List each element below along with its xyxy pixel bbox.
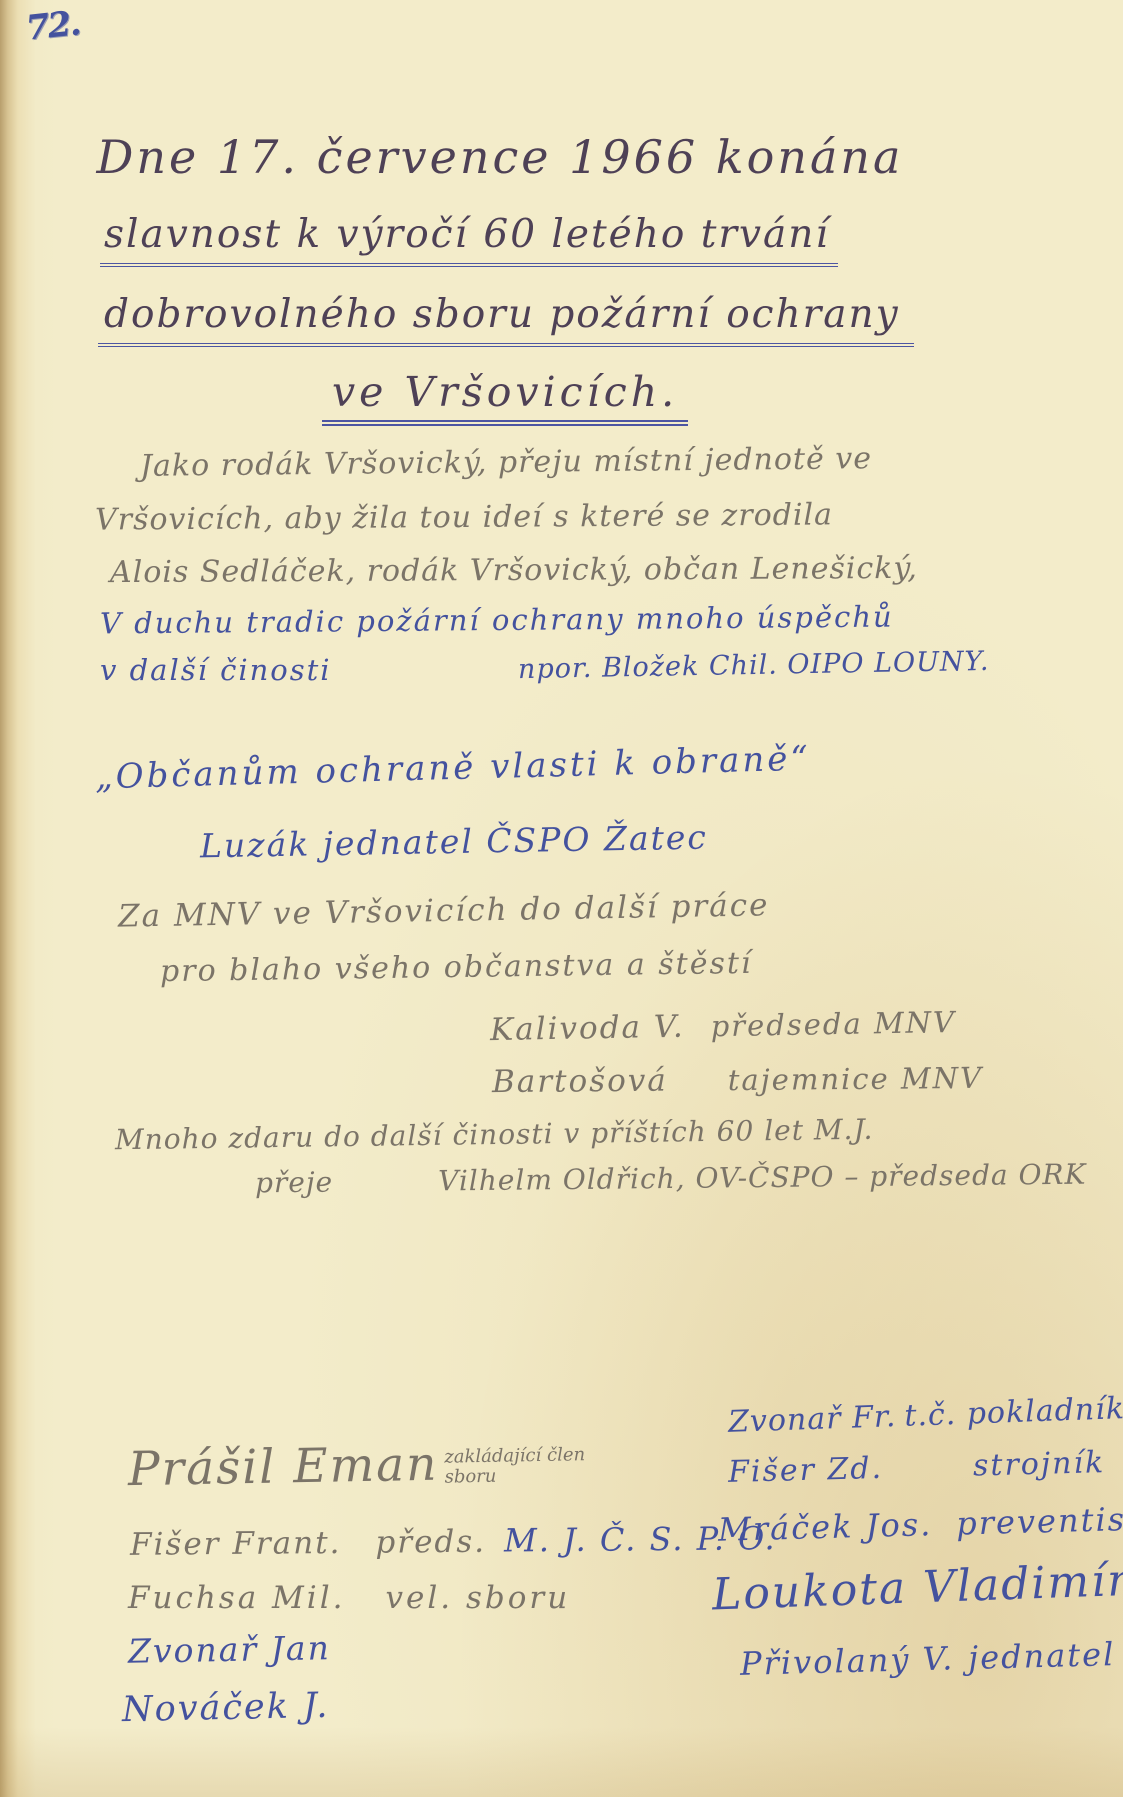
dedication-oipo-line-2: v další činosti [100, 653, 332, 687]
signature-zvonar-fr: Zvonař Fr.t.č. pokladník [728, 1391, 1123, 1440]
signature-role: předseda MNV [710, 1005, 956, 1043]
signature-fuchsa: Fuchsa Mil.vel. sboru [128, 1580, 570, 1616]
dedication-mnv-line-1: Za MNV ve Vršovicích do další práce [118, 887, 770, 934]
dedication-ork-line-2: přejeVilhelm Oldřich, OV-ČSPO – předseda… [255, 1158, 1087, 1200]
dedication-ork-line-1: Mnoho zdaru do další činosti v příštích … [115, 1113, 874, 1157]
signature-name: Nováček J. [122, 1686, 330, 1730]
dedication-oipo-line-1: V duchu tradic požární ochrany mnoho úsp… [100, 600, 894, 641]
dedication-zatec-signature: Luzák jednatel ČSPO Žatec [200, 818, 708, 866]
signature-role: zakládající člen sboru [444, 1445, 605, 1488]
signature-bartosova: Bartošovátajemnice MNV [492, 1060, 983, 1100]
dedication-mnv-line-2: pro blaho všeho občanstva a štěstí [160, 946, 753, 989]
page-number: 72. [24, 3, 81, 48]
signature-role: vel. sboru [385, 1580, 570, 1616]
signature-mracek: Mráček Jos.preventista [718, 1499, 1123, 1549]
signature-vilhelm: Vilhelm Oldřich, OV-ČSPO – předseda ORK [438, 1158, 1087, 1198]
signature-name: Loukota Vladimír. [711, 1555, 1123, 1621]
dedication-sedlacek-line-1: Jako rodák Vršovický, přeju místní jedno… [140, 441, 872, 484]
signature-name: Zvonař Jan [128, 1628, 331, 1671]
signature-prasil: Prášil Emanzakládající člen sboru [128, 1434, 605, 1497]
signature-loukota: Loukota Vladimír. [711, 1555, 1123, 1621]
dedication-zatec-quote: „Občanům ochraně vlasti k obraně“ [95, 739, 812, 798]
signature-name: Fišer Zd. [728, 1451, 884, 1490]
signature-name: Bartošová [492, 1063, 668, 1101]
signature-role: preventista [956, 1499, 1123, 1542]
title-line-3: dobrovolného sboru požární ochrany [98, 292, 914, 347]
signature-role: t.č. pokladník [904, 1391, 1123, 1434]
dedication-sedlacek-line-2: Vršovicích, aby žila tou ideí s které se… [95, 497, 833, 537]
signature-kalivoda: Kalivoda V.předseda MNV [490, 1004, 956, 1048]
signature-fiser-frant: Fišer Frant.předs.M. J. Č. S. P. O. [130, 1519, 777, 1563]
signature-name: Přivolaný V. [740, 1639, 955, 1683]
dedication-oipo-signature: npor. Bložek Chil. OIPO LOUNY. [518, 646, 990, 685]
signature-role: předs. [375, 1524, 486, 1561]
signature-role: strojník [973, 1445, 1106, 1483]
signature-name: Zvonař Fr. [728, 1399, 897, 1440]
signature-fiser-zd: Fišer Zd.strojník [728, 1445, 1106, 1490]
dedication-sedlacek-line-3: Alois Sedláček, rodák Vršovický, občan L… [110, 551, 918, 590]
title-line-1: Dne 17. července 1966 konána [0, 130, 1000, 184]
signature-name: Fišer Frant. [130, 1525, 342, 1563]
title-line-2: slavnost k výročí 60 letého trvání [100, 212, 838, 267]
title-line-4: ve Vršovicích. [322, 368, 688, 426]
signature-name: Kalivoda V. [490, 1009, 685, 1048]
signature-name: Mráček Jos. [718, 1505, 933, 1549]
signature-name: Fuchsa Mil. [128, 1580, 345, 1616]
dedication-ork-preje: přeje [255, 1166, 333, 1200]
signature-zvonar-jan: Zvonař Jan [128, 1628, 331, 1671]
signature-role: tajemnice MNV [728, 1061, 983, 1097]
chronicle-page: 72. Dne 17. července 1966 konána slavnos… [0, 0, 1123, 1797]
signature-privolany: Přivolaný V.jednatel [740, 1635, 1116, 1683]
signature-novacek: Nováček J. [122, 1686, 330, 1730]
signature-role: jednatel [968, 1635, 1116, 1677]
signature-name: Prášil Eman [128, 1437, 439, 1497]
